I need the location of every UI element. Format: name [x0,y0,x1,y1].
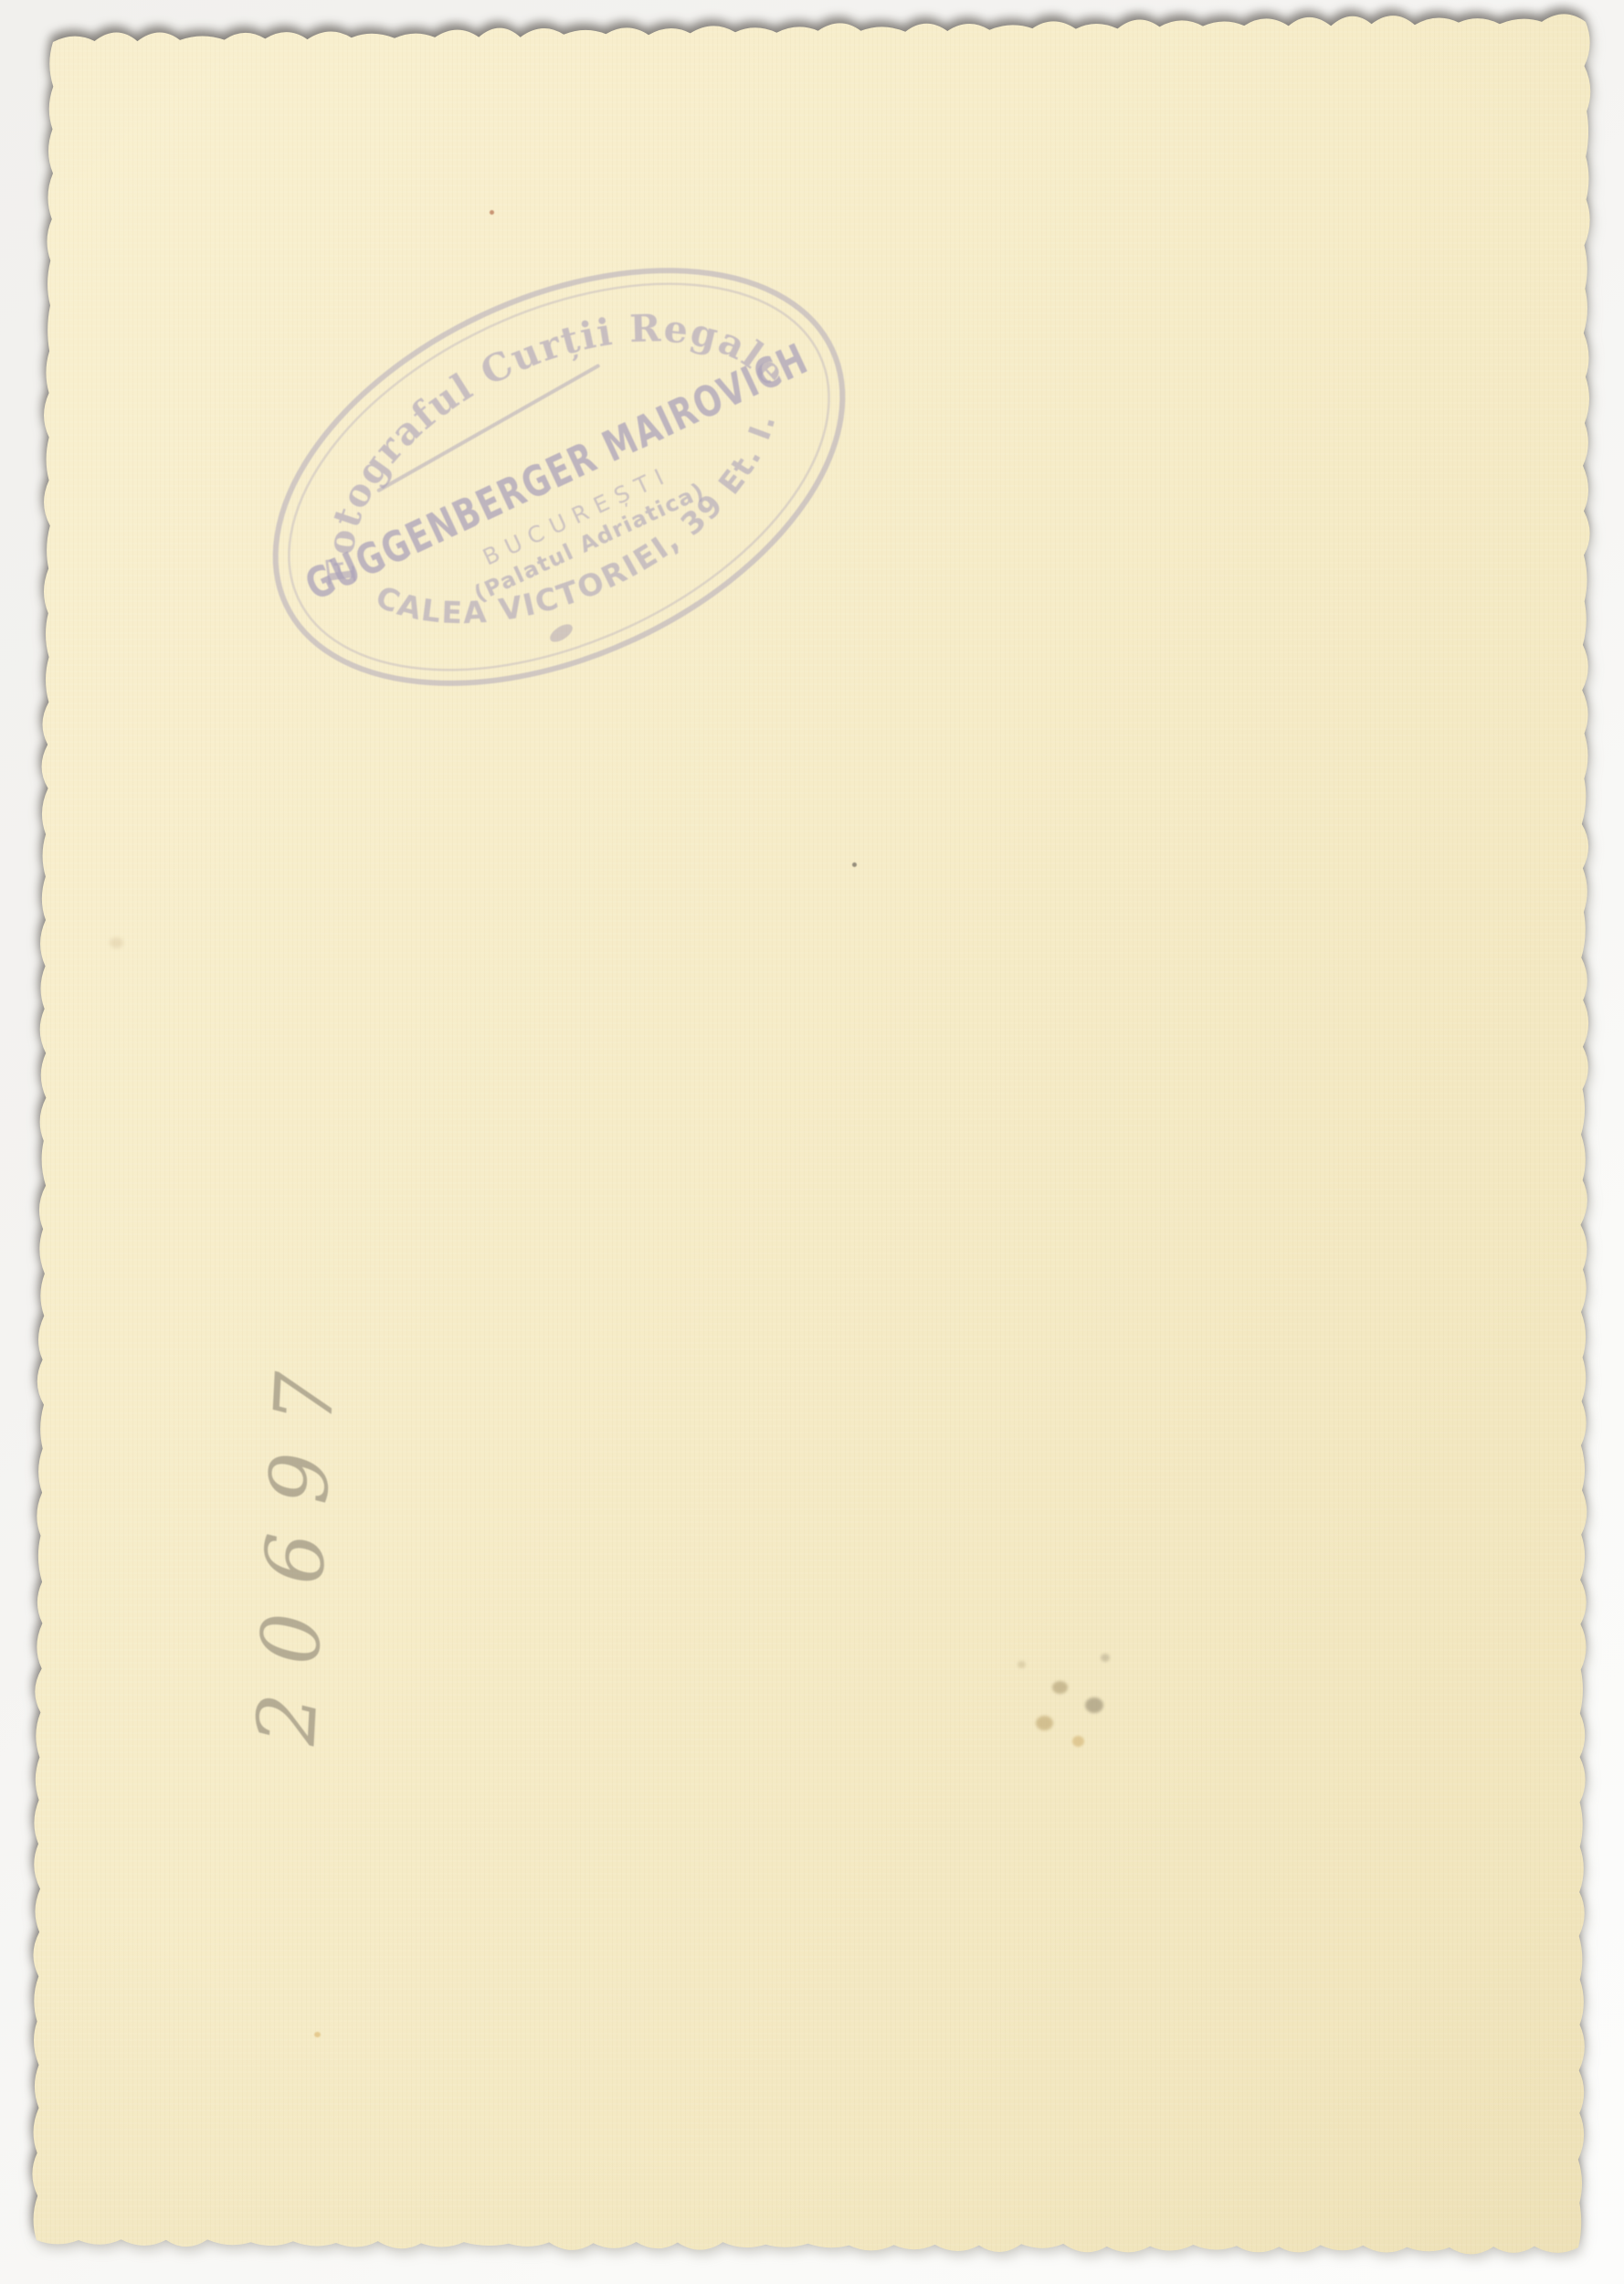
stamp-ink-blot [547,620,575,645]
photo-verso-scan: Fotograful Curții Regale GUGGENBERGER MA… [0,0,1624,2284]
pencil-inventory-number: 20697 [237,1340,358,1747]
